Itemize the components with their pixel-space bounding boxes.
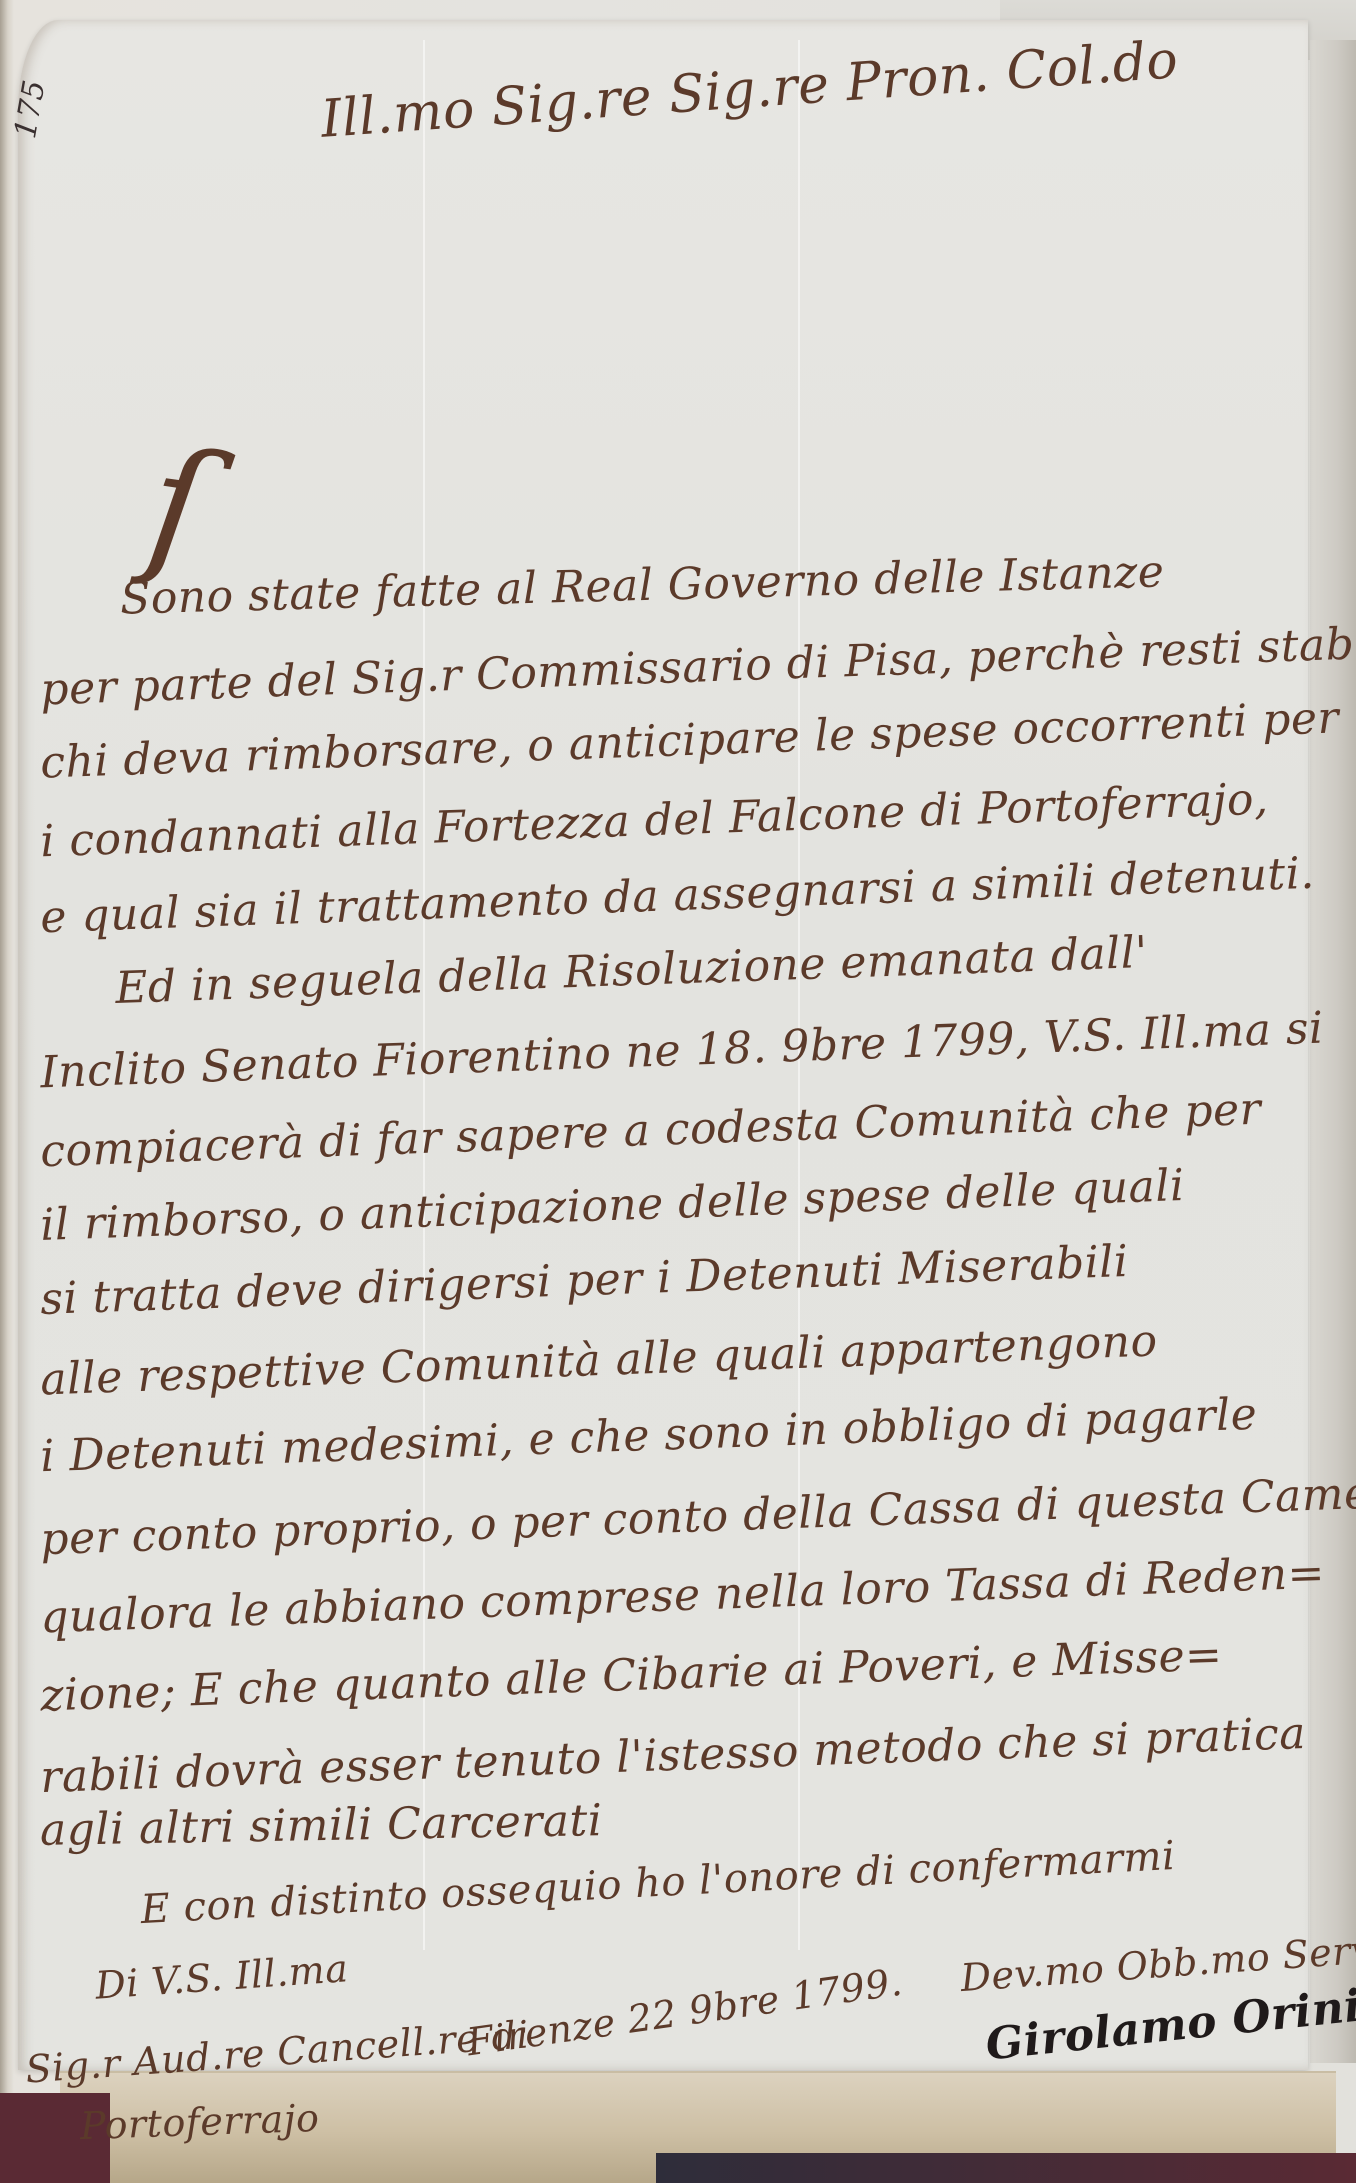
book-binding: [656, 2153, 1356, 2183]
body-line: agli altri simili Carcerati: [40, 1795, 603, 1856]
addressee-line: Portoferrajo: [79, 2096, 320, 2148]
